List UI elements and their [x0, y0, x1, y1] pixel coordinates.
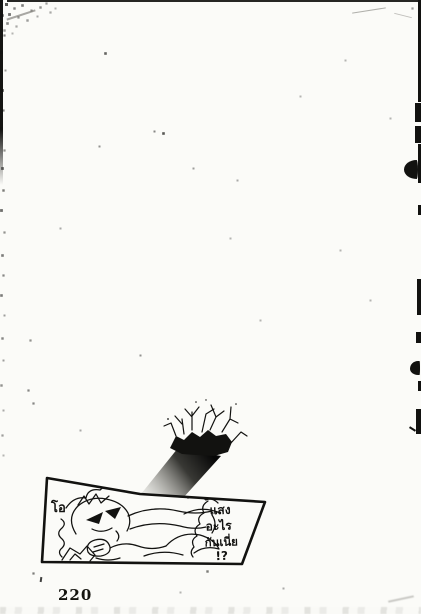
page-number: 220: [58, 586, 92, 604]
comic-panel: โอ แสง อะไร กันเนี่ย !?: [0, 0, 421, 614]
scanned-page: โอ แสง อะไร กันเนี่ย !? 220: [0, 0, 421, 614]
closed-eye-right: [105, 507, 121, 519]
speech-line-3: กันเนี่ย: [204, 532, 238, 549]
snore-squiggle: [59, 519, 65, 557]
speech-line-2: อะไร: [205, 518, 232, 534]
snore-text: โอ: [50, 499, 66, 516]
grass-tuft: [164, 399, 247, 456]
speech-line-1: แสง: [209, 503, 231, 518]
speech-line-4: !?: [215, 549, 228, 563]
closed-eye-left: [86, 512, 103, 524]
